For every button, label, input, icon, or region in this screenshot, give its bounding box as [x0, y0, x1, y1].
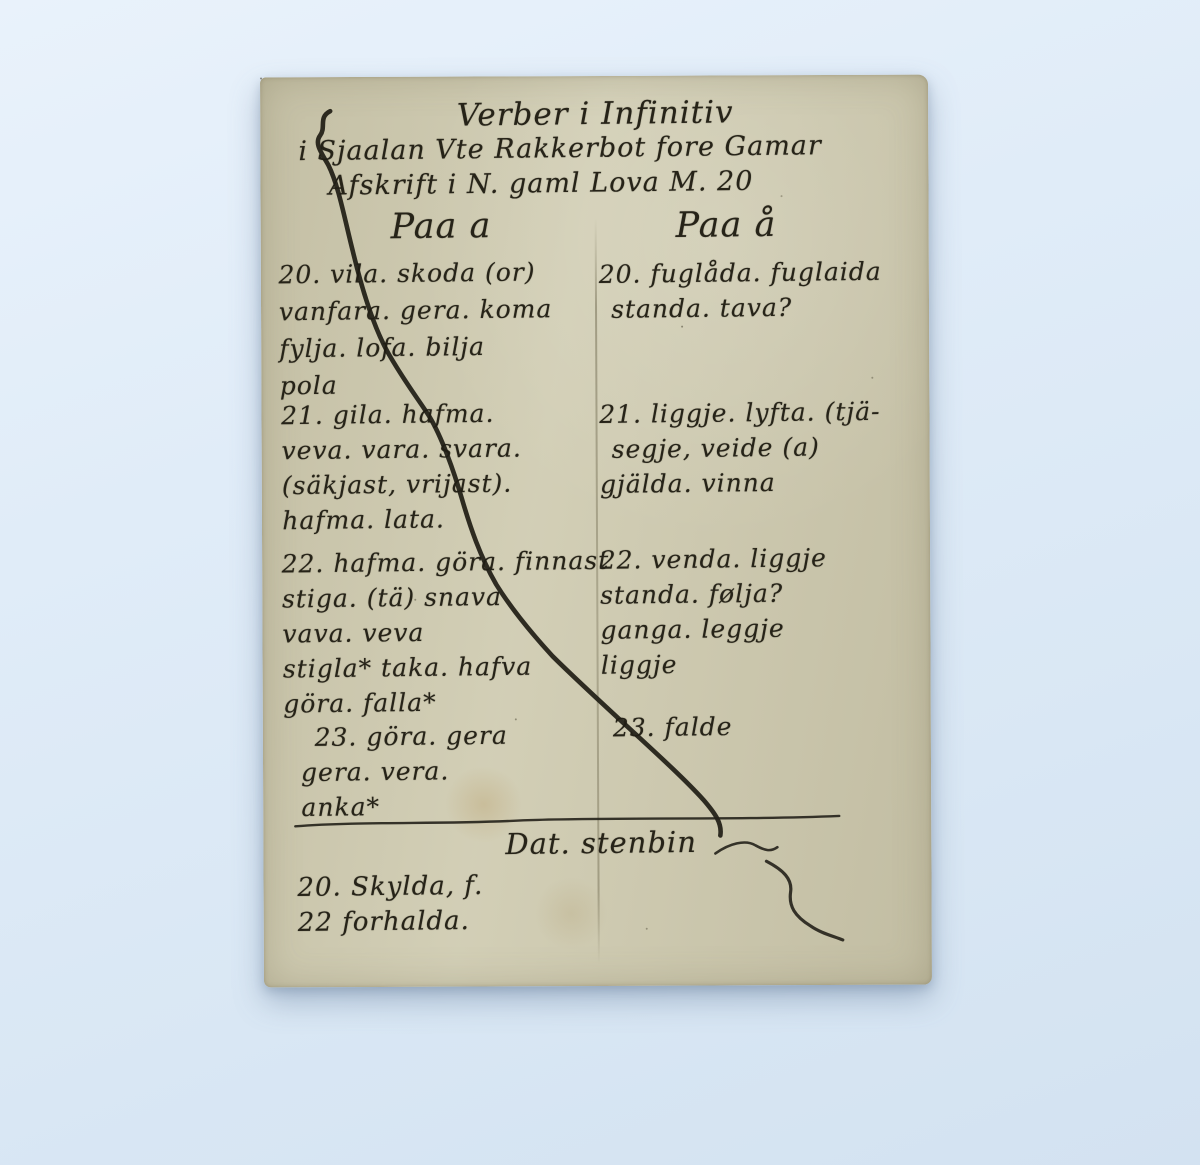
- manuscript-line: 20. Skylda, f.: [297, 869, 483, 906]
- manuscript-line: 23. falde: [613, 709, 733, 745]
- footer-notes: 20. Skylda, f. 22 forhalda.: [297, 869, 484, 941]
- heading-line-2: i Sjaalan Vte Rakkerbot fore Gamar: [298, 130, 822, 167]
- right-entry-23: 23. falde: [613, 709, 733, 745]
- manuscript-line: vava. veva: [282, 613, 610, 652]
- manuscript-line: (säkjast, vrijast).: [282, 465, 523, 503]
- manuscript-line: 20. fuglåda. fuglaida: [599, 254, 882, 292]
- manuscript-line: 20. vila. skoda (or): [278, 253, 552, 293]
- manuscript-line: göra. falla*: [283, 683, 611, 722]
- manuscript-line: hafma. lata.: [282, 500, 523, 538]
- left-entry-20: 20. vila. skoda (or) vanfara. gera. koma…: [278, 253, 553, 404]
- right-entry-22: 22. venda. liggje standa. følja? ganga. …: [600, 540, 829, 683]
- manuscript-line: gjälda. vinna: [600, 464, 882, 502]
- right-column-header: Paa å: [675, 205, 776, 246]
- manuscript-line: 23. göra. gera: [314, 718, 508, 755]
- right-entry-20: 20. fuglåda. fuglaida standa. tava?: [599, 254, 883, 327]
- manuscript-card: Verber i Infinitiv i Sjaalan Vte Rakkerb…: [260, 75, 932, 988]
- divider-note: Dat. stenbin: [505, 825, 697, 861]
- right-entry-21: 21. liggje. lyfta. (tjä- segje, veide (a…: [599, 394, 881, 502]
- heading-line-1: Verber i Infinitiv: [380, 94, 810, 135]
- manuscript-line: segje, veide (a): [611, 429, 881, 467]
- manuscript-line: 21. liggje. lyfta. (tjä-: [599, 394, 881, 432]
- left-entry-23: 23. göra. gera gera. vera. anka*: [314, 718, 508, 825]
- manuscript-line: ganga. leggje: [600, 610, 827, 648]
- manuscript-line: standa. tava?: [611, 289, 882, 327]
- left-entry-22: 22. hafma. göra. finnast stiga. (tä) sna…: [281, 543, 610, 722]
- s-curve-ink-stroke: [766, 861, 842, 940]
- manuscript-line: liggje: [601, 645, 828, 683]
- manuscript-line: vanfara. gera. koma: [279, 290, 553, 330]
- photograph-background: Verber i Infinitiv i Sjaalan Vte Rakkerb…: [0, 0, 1200, 1165]
- flourish-tilde-stroke: [715, 842, 777, 853]
- manuscript-line: 22. venda. liggje: [600, 540, 827, 578]
- left-entry-21: 21. gila. hafma. veva. vara. svara. (säk…: [281, 395, 523, 538]
- manuscript-line: fylja. lofa. bilja: [279, 327, 553, 367]
- manuscript-line: 22 forhalda.: [298, 904, 484, 941]
- heading-line-3: Afskrift i N. gaml Lova M. 20: [328, 166, 753, 202]
- manuscript-line: stigla* taka. hafva: [283, 648, 611, 687]
- manuscript-line: veva. vara. svara.: [281, 430, 522, 468]
- manuscript-line: gera. vera.: [301, 753, 509, 790]
- paper-specks: [260, 77, 262, 79]
- manuscript-line: stiga. (tä) snava: [282, 578, 610, 617]
- manuscript-line: 21. gila. hafma.: [281, 395, 522, 433]
- manuscript-line: standa. følja?: [600, 575, 827, 613]
- manuscript-line: anka*: [301, 788, 509, 825]
- manuscript-line: 22. hafma. göra. finnast: [281, 543, 609, 582]
- left-column-header: Paa a: [390, 206, 491, 247]
